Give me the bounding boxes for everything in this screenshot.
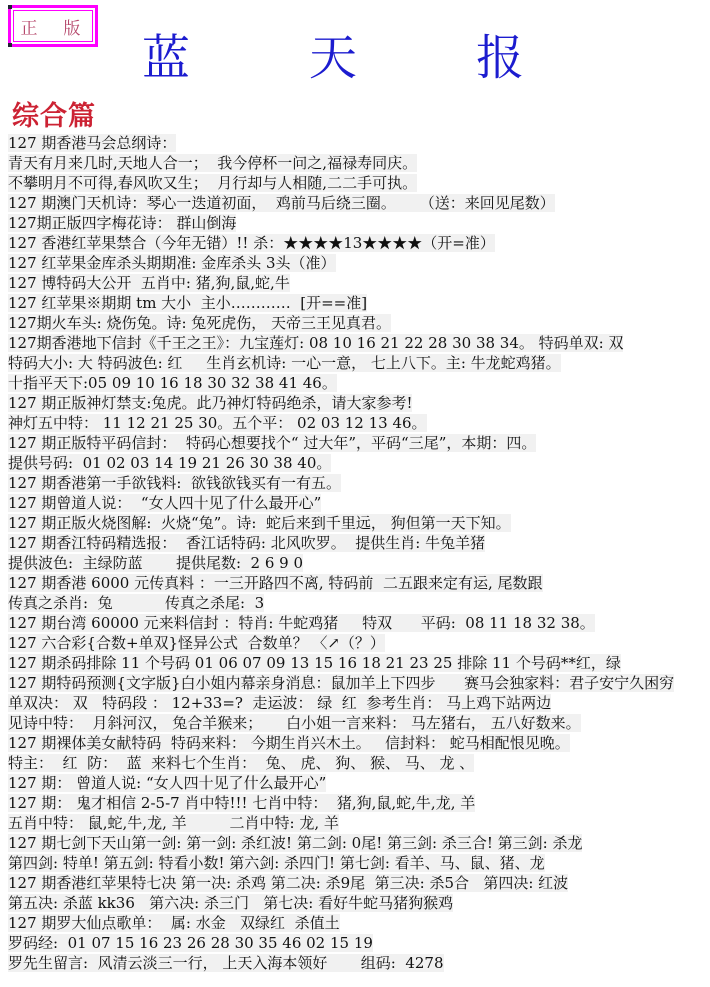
report-line: 127 红苹果※期期 tm 大小 主小………… [开==准]	[8, 293, 708, 313]
report-line: 127 期正版神灯禁支:兔虎。此乃神灯特码绝杀，请大家参考!	[8, 393, 708, 413]
report-line: 127 期正版火烧图解: 火烧“兔”。诗: 蛇后来到千里远， 狗但第一天下知。	[8, 513, 708, 533]
title-char-3: 报	[476, 33, 524, 83]
report-line-text: 127 期香港 6000 元传真料 ：一三开路四不离, 特码前 二五跟来定有运,…	[8, 574, 543, 592]
report-line-text: 127期火车头: 烧伤兔。诗: 兔死虎伤， 天帝三王见真君。	[8, 314, 391, 332]
report-line-text: 127 期正版神灯禁支:兔虎。此乃神灯特码绝杀，请大家参考!	[8, 394, 412, 412]
report-line-text: 127 期台湾 60000 元来料信封 ：特肖: 牛蛇鸡猪 特双 平码: 08 …	[8, 614, 595, 632]
report-line: 神灯五中特： 11 12 21 25 30。五个平： 02 03 12 13 4…	[8, 413, 708, 433]
report-line-text: 127 香港红苹果禁合（今年无错）!! 杀：★★★★13★★★★（开=准）	[8, 234, 495, 252]
report-line: 127 期香港第一手欲钱料: 欲钱欲钱买有一有五。	[8, 473, 708, 493]
report-line: 特主： 红 防： 蓝 来料七个生肖： 兔、 虎、 狗、 猴、 马、 龙 、	[8, 753, 708, 773]
report-line-text: 第五决: 杀蓝 kk36 第六决: 杀三门 第七决: 看好牛蛇马猪狗猴鸡	[8, 894, 453, 912]
report-line-text: 127 期香港红苹果特七决 第一决: 杀鸡 第二决: 杀9尾 第三决: 杀5合 …	[8, 874, 568, 892]
authentic-badge: 正 版	[8, 5, 98, 47]
report-line: 十指平天下:05 09 10 16 18 30 32 38 41 46。	[8, 373, 708, 393]
body-lines: 127 期香港马会总纲诗：青天有月来几时,天地人合一； 我今停杯一问之,福禄寿同…	[8, 133, 708, 973]
report-line-text: 127 期正版特平码信封： 特码心想要找个“ 过大年”，平码“三尾”，本期：四。	[8, 434, 536, 452]
report-line-text: 五肖中特： 鼠,蛇,牛,龙, 羊 二肖中特: 龙, 羊	[8, 814, 339, 832]
report-line-text: 见诗中特： 月斜河汉， 兔合羊猴来； 白小姐一言来料： 马左猪右， 五八好数来。	[8, 714, 581, 732]
report-line: 特码大小: 大 特码波色: 红 生肖玄机诗: 一心一意， 七上八下。主: 牛龙蛇…	[8, 353, 708, 373]
report-line: 127 红苹果金库杀头期期准: 金库杀头 3头（准）	[8, 253, 708, 273]
report-line: 提供号码: 01 02 03 14 19 21 26 30 38 40。	[8, 453, 708, 473]
report-line-text: 127 期： 鬼才相信 2-5-7 肖中特!!! 七肖中特： 猪,狗,鼠,蛇,牛…	[8, 794, 475, 812]
newspaper-page: 正 版 蓝 天 报 综合篇 127 期香港马会总纲诗：青天有月来几时,天地人合一…	[0, 0, 710, 987]
report-line-text: 神灯五中特： 11 12 21 25 30。五个平： 02 03 12 13 4…	[8, 414, 427, 432]
report-line-text: 单双决： 双 特码段 ： 12+33=? 走运波： 绿 红 参考生肖： 马上鸡下…	[8, 694, 551, 712]
report-line: 127 期香港 6000 元传真料 ：一三开路四不离, 特码前 二五跟来定有运,…	[8, 573, 708, 593]
report-line: 127 期罗大仙点歌单： 属: 水金 双绿红 杀值土	[8, 913, 708, 933]
report-line: 127 期澳门天机诗：琴心一迭道初面， 鸡前马后绕三圈。 （送：来回见尾数）	[8, 193, 708, 213]
report-line: 127 期： 曾道人说: “女人四十见了什么最开心”	[8, 773, 708, 793]
report-line: 五肖中特： 鼠,蛇,牛,龙, 羊 二肖中特: 龙, 羊	[8, 813, 708, 833]
report-line-text: 127 期正版火烧图解: 火烧“兔”。诗: 蛇后来到千里远， 狗但第一天下知。	[8, 514, 511, 532]
report-line: 127 期香港红苹果特七决 第一决: 杀鸡 第二决: 杀9尾 第三决: 杀5合 …	[8, 873, 708, 893]
authentic-badge-label: 正 版	[21, 14, 91, 39]
report-line-text: 127 六合彩{合数+单双}怪异公式 合数单？ 〈↗（？）	[8, 634, 385, 652]
report-line-text: 127 期裸体美女献特码 特码来料： 今期生肖兴木土。 信封料： 蛇马相配恨见晚…	[8, 734, 570, 752]
report-line: 127 六合彩{合数+单双}怪异公式 合数单？ 〈↗（？）	[8, 633, 708, 653]
report-line: 罗码经: 01 07 15 16 23 26 28 30 35 46 02 15…	[8, 933, 708, 953]
report-line: 127期火车头: 烧伤兔。诗: 兔死虎伤， 天帝三王见真君。	[8, 313, 708, 333]
report-line-text: 127 期香港马会总纲诗：	[8, 134, 176, 152]
report-line-text: 127 期香港第一手欲钱料: 欲钱欲钱买有一有五。	[8, 474, 341, 492]
report-line-text: 特主： 红 防： 蓝 来料七个生肖： 兔、 虎、 狗、 猴、 马、 龙 、	[8, 754, 474, 772]
report-line: 提供波色: 主绿防蓝 提供尾数: 2 6 9 0	[8, 553, 708, 573]
report-line: 单双决： 双 特码段 ： 12+33=? 走运波： 绿 红 参考生肖： 马上鸡下…	[8, 693, 708, 713]
report-line-text: 127 期罗大仙点歌单： 属: 水金 双绿红 杀值土	[8, 914, 340, 932]
report-line-text: 罗先生留言: 风清云淡三一行， 上天入海本领好 组码: 4278	[8, 954, 444, 972]
report-line-text: 127期香港地下信封《千王之王》：九宝莲灯: 08 10 16 21 22 28…	[8, 334, 623, 352]
title-char-1: 蓝	[142, 33, 190, 83]
report-line-text: 第四剑: 特单! 第五剑: 特看小数! 第六剑: 杀四门! 第七剑: 看羊、马、…	[8, 854, 545, 872]
report-line-text: 127 期澳门天机诗：琴心一迭道初面， 鸡前马后绕三圈。 （送：来回见尾数）	[8, 194, 555, 212]
title-char-2: 天	[309, 33, 357, 83]
report-line: 127 期正版特平码信封： 特码心想要找个“ 过大年”，平码“三尾”，本期：四。	[8, 433, 708, 453]
report-line: 传真之杀肖: 兔 传真之杀尾: 3	[8, 593, 708, 613]
report-line-text: 127 期七剑下天山第一剑: 第一剑: 杀红波! 第二剑: 0尾! 第三剑: 杀…	[8, 834, 582, 852]
report-line: 127 期七剑下天山第一剑: 第一剑: 杀红波! 第二剑: 0尾! 第三剑: 杀…	[8, 833, 708, 853]
report-line-text: 提供波色: 主绿防蓝 提供尾数: 2 6 9 0	[8, 554, 303, 572]
report-line-text: 127期正版四字梅花诗： 群山倒海	[8, 214, 236, 232]
report-line: 127 期曾道人说： “女人四十见了什么最开心”	[8, 493, 708, 513]
report-line: 第五决: 杀蓝 kk36 第六决: 杀三门 第七决: 看好牛蛇马猪狗猴鸡	[8, 893, 708, 913]
report-line-text: 特码大小: 大 特码波色: 红 生肖玄机诗: 一心一意， 七上八下。主: 牛龙蛇…	[8, 354, 561, 372]
report-line: 127 期杀码排除 11 个号码 01 06 07 09 13 15 16 18…	[8, 653, 708, 673]
report-line: 127 期台湾 60000 元来料信封 ：特肖: 牛蛇鸡猪 特双 平码: 08 …	[8, 613, 708, 633]
report-line-text: 127 期： 曾道人说: “女人四十见了什么最开心”	[8, 774, 326, 792]
report-line: 127 博特码大公开 五肖中: 猪,狗,鼠,蛇,牛	[8, 273, 708, 293]
report-line: 127 期： 鬼才相信 2-5-7 肖中特!!! 七肖中特： 猪,狗,鼠,蛇,牛…	[8, 793, 708, 813]
report-line: 罗先生留言: 风清云淡三一行， 上天入海本领好 组码: 4278	[8, 953, 708, 973]
report-line-text: 127 博特码大公开 五肖中: 猪,狗,鼠,蛇,牛	[8, 274, 290, 292]
report-line: 127期香港地下信封《千王之王》：九宝莲灯: 08 10 16 21 22 28…	[8, 333, 708, 353]
report-line-text: 127 期曾道人说： “女人四十见了什么最开心”	[8, 494, 321, 512]
section-title: 综合篇	[12, 94, 96, 133]
report-line-text: 127 期特码预测{文字版}白小姐内幕亲身消息：鼠加羊上下四步 赛马会独家料：君…	[8, 674, 674, 692]
report-line: 青天有月来几时,天地人合一； 我今停杯一问之,福禄寿同庆。	[8, 153, 708, 173]
report-line: 127 期香港马会总纲诗：	[8, 133, 708, 153]
report-line: 127 期裸体美女献特码 特码来料： 今期生肖兴木土。 信封料： 蛇马相配恨见晚…	[8, 733, 708, 753]
report-line-text: 127 期杀码排除 11 个号码 01 06 07 09 13 15 16 18…	[8, 654, 621, 672]
report-line-text: 127 红苹果※期期 tm 大小 主小………… [开==准]	[8, 294, 367, 312]
report-line: 见诗中特： 月斜河汉， 兔合羊猴来； 白小姐一言来料： 马左猪右， 五八好数来。	[8, 713, 708, 733]
report-line: 不攀明月不可得,春风吹又生； 月行却与人相随,二二手可执。	[8, 173, 708, 193]
report-line: 127期正版四字梅花诗： 群山倒海	[8, 213, 708, 233]
page-title: 蓝 天 报	[142, 33, 524, 83]
report-line-text: 127 红苹果金库杀头期期准: 金库杀头 3头（准）	[8, 254, 336, 272]
report-line-text: 十指平天下:05 09 10 16 18 30 32 38 41 46。	[8, 374, 337, 392]
report-line-text: 127 期香江特码精选报： 香江话特码: 北风吹罗。 提供生肖: 牛兔羊猪	[8, 534, 485, 552]
report-line: 127 期特码预测{文字版}白小姐内幕亲身消息：鼠加羊上下四步 赛马会独家料：君…	[8, 673, 708, 693]
report-line-text: 罗码经: 01 07 15 16 23 26 28 30 35 46 02 15…	[8, 934, 373, 952]
report-line-text: 不攀明月不可得,春风吹又生； 月行却与人相随,二二手可执。	[8, 174, 417, 192]
report-line-text: 青天有月来几时,天地人合一； 我今停杯一问之,福禄寿同庆。	[8, 154, 417, 172]
report-line-text: 提供号码: 01 02 03 14 19 21 26 30 38 40。	[8, 454, 331, 472]
report-line: 第四剑: 特单! 第五剑: 特看小数! 第六剑: 杀四门! 第七剑: 看羊、马、…	[8, 853, 708, 873]
report-line: 127 香港红苹果禁合（今年无错）!! 杀：★★★★13★★★★（开=准）	[8, 233, 708, 253]
report-line-text: 传真之杀肖: 兔 传真之杀尾: 3	[8, 594, 264, 612]
report-line: 127 期香江特码精选报： 香江话特码: 北风吹罗。 提供生肖: 牛兔羊猪	[8, 533, 708, 553]
